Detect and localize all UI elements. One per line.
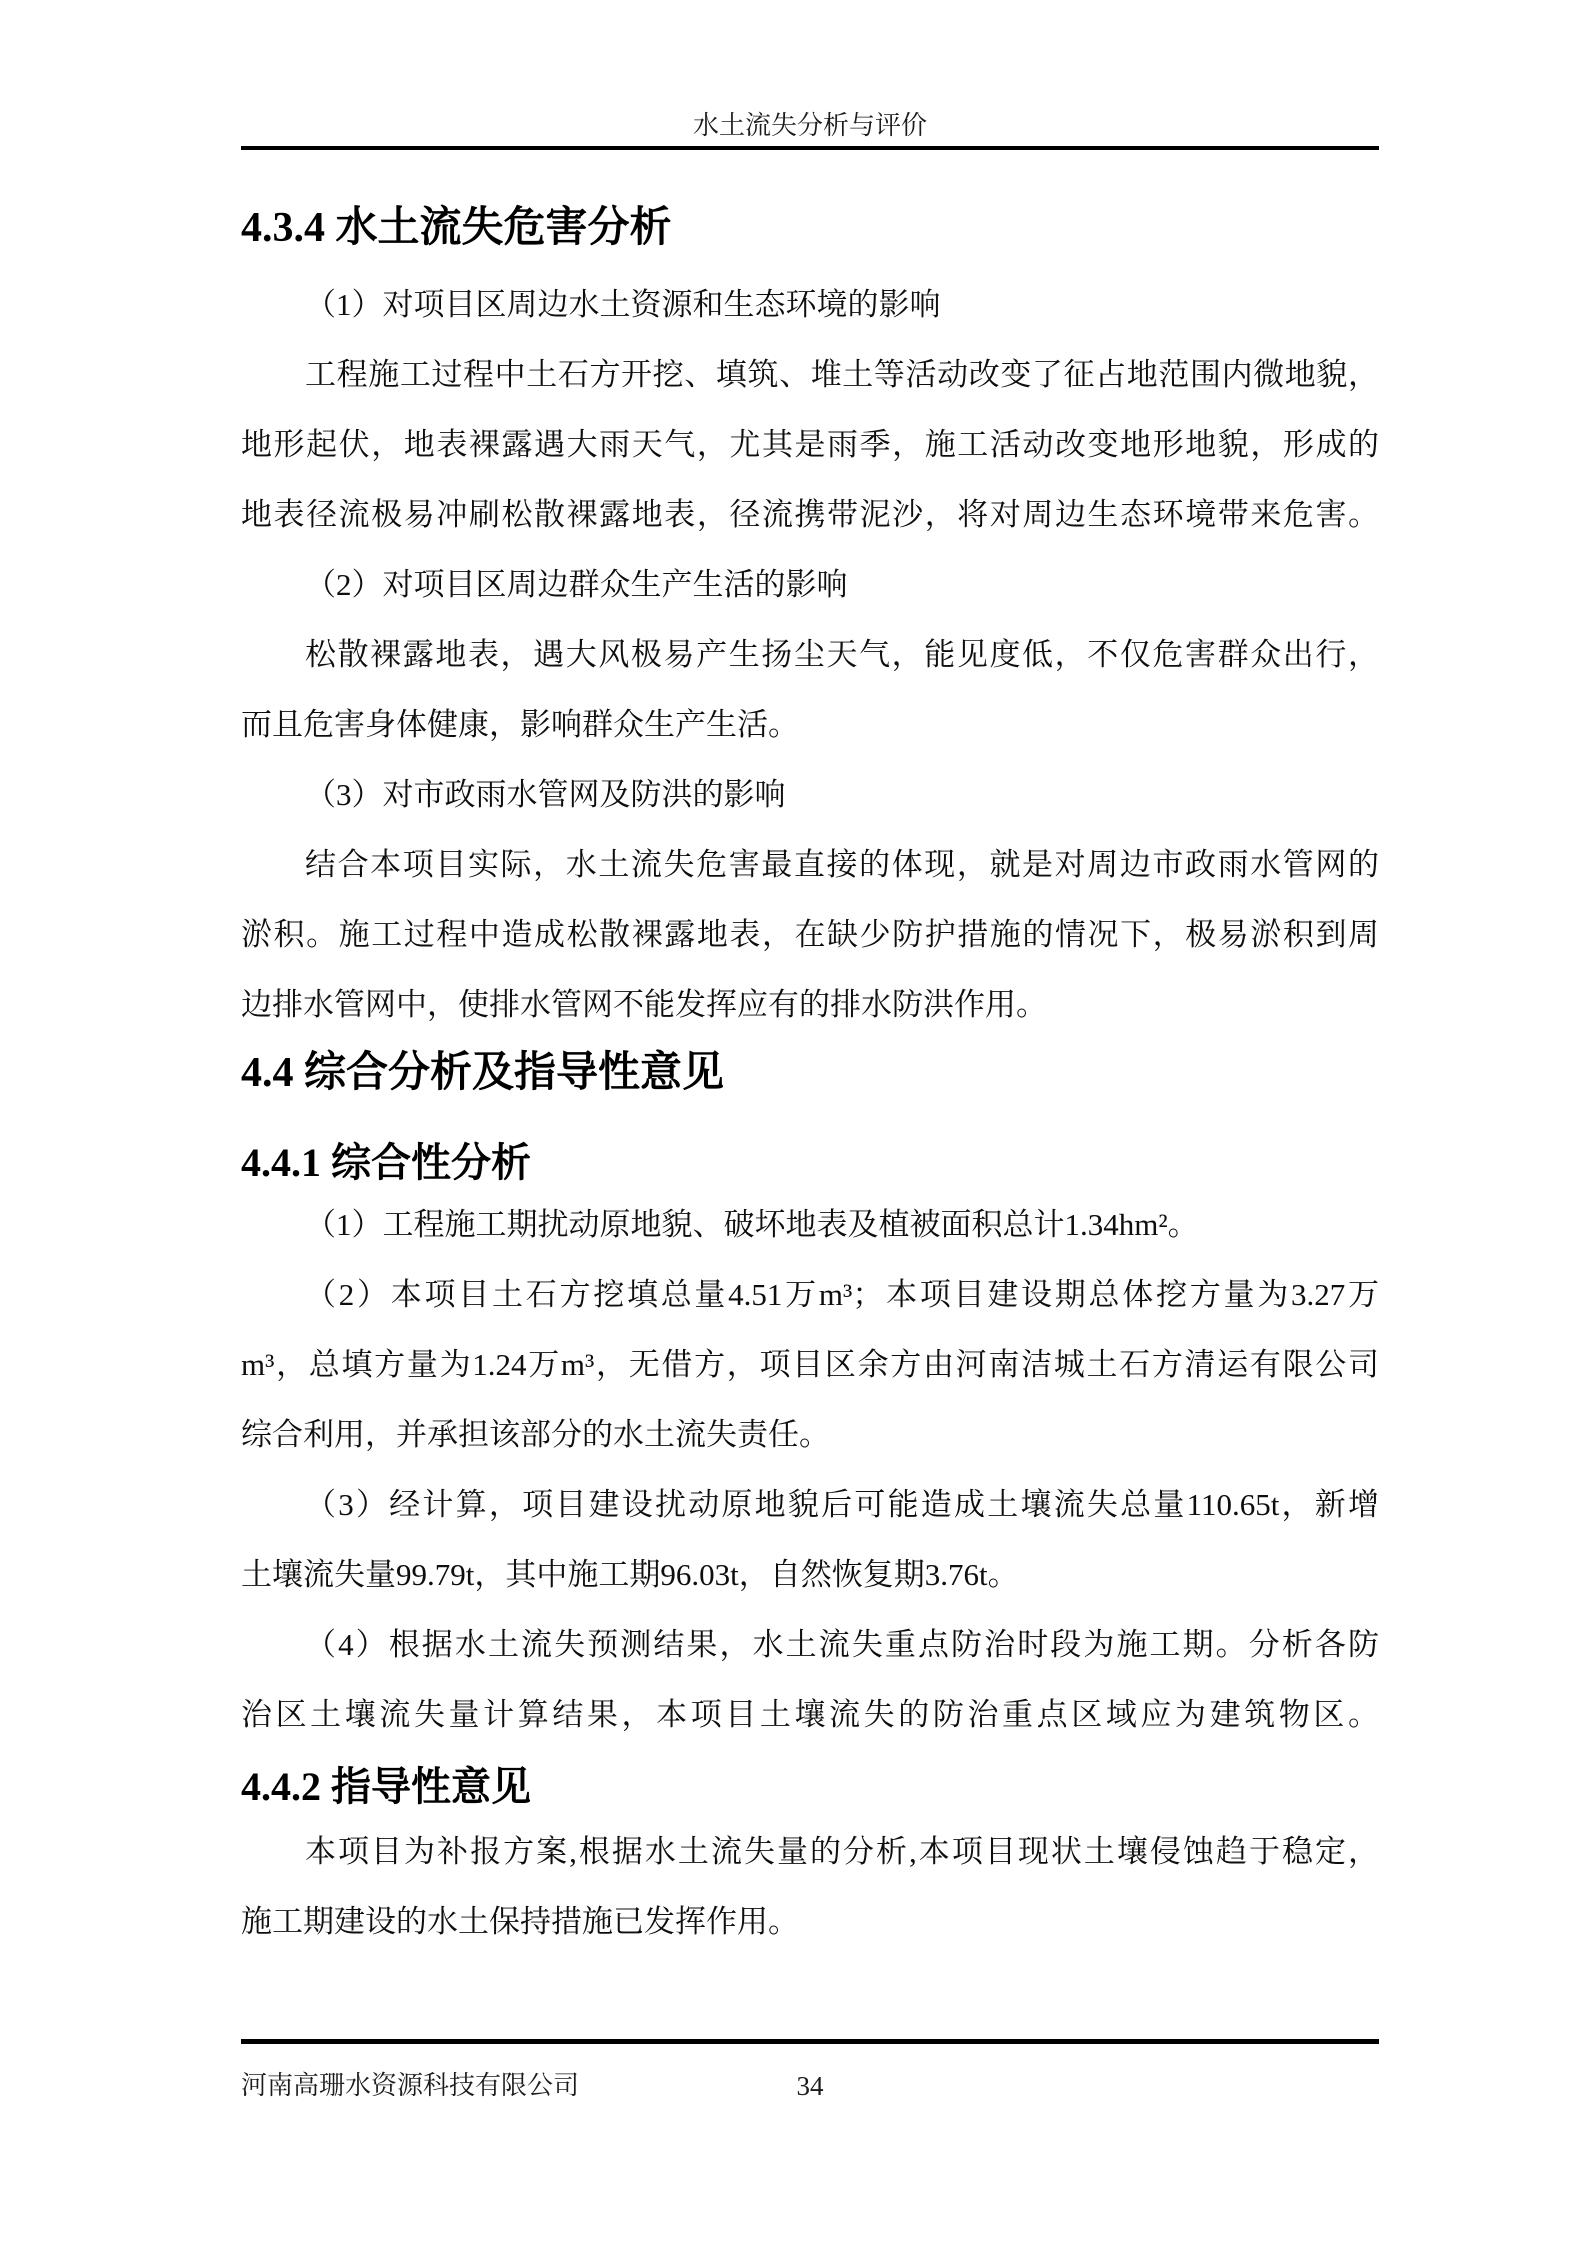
text-line: 结合本项目实际，水土流失危害最直接的体现，就是对周边市政雨水管网的 <box>241 830 1379 900</box>
text-line: （2）本项目土石方挖填总量4.51万m³；本项目建设期总体挖方量为3.27万 <box>241 1260 1379 1330</box>
text-line: 工程施工过程中土石方开挖、填筑、堆土等活动改变了征占地范围内微地貌， <box>241 340 1379 410</box>
text-line: 综合利用，并承担该部分的水土流失责任。 <box>241 1400 1379 1470</box>
content-column: 4.3.4 水土流失危害分析 （1）对项目区周边水土资源和生态环境的影响工程施工… <box>241 0 1379 2245</box>
footer-rule <box>241 2039 1379 2044</box>
document-page: 水土流失分析与评价 4.3.4 水土流失危害分析 （1）对项目区周边水土资源和生… <box>0 0 1587 2245</box>
text-line: m³，总填方量为1.24万m³，无借方，项目区余方由河南洁城土石方清运有限公司 <box>241 1330 1379 1400</box>
text-line: 松散裸露地表，遇大风极易产生扬尘天气，能见度低，不仅危害群众出行， <box>241 620 1379 690</box>
heading-4-3-4: 4.3.4 水土流失危害分析 <box>241 200 672 256</box>
text-line: 施工期建设的水土保持措施已发挥作用。 <box>241 1887 1379 1957</box>
text-line: （1）工程施工期扰动原地貌、破坏地表及植被面积总计1.34hm²。 <box>241 1190 1379 1260</box>
text-line: 地形起伏，地表裸露遇大雨天气，尤其是雨季，施工活动改变地形地貌，形成的 <box>241 410 1379 480</box>
heading-4-4-2: 4.4.2 指导性意见 <box>241 1761 531 1813</box>
section-4-4-2-body: 本项目为补报方案,根据水土流失量的分析,本项目现状土壤侵蚀趋于稳定，施工期建设的… <box>241 1817 1379 1957</box>
text-line: 淤积。施工过程中造成松散裸露地表，在缺少防护措施的情况下，极易淤积到周 <box>241 900 1379 970</box>
text-line: 地表径流极易冲刷松散裸露地表，径流携带泥沙，将对周边生态环境带来危害。 <box>241 480 1379 550</box>
text-line: （3）对市政雨水管网及防洪的影响 <box>241 760 1379 830</box>
section-4-4-1-body: （1）工程施工期扰动原地貌、破坏地表及植被面积总计1.34hm²。（2）本项目土… <box>241 1190 1379 1750</box>
text-line: （4）根据水土流失预测结果，水土流失重点防治时段为施工期。分析各防 <box>241 1610 1379 1680</box>
page-footer: 河南高珊水资源科技有限公司 34 <box>241 2066 1379 2106</box>
text-line: （2）对项目区周边群众生产生活的影响 <box>241 550 1379 620</box>
text-line: 土壤流失量99.79t，其中施工期96.03t，自然恢复期3.76t。 <box>241 1540 1379 1610</box>
text-line: 而且危害身体健康，影响群众生产生活。 <box>241 690 1379 760</box>
text-line: （1）对项目区周边水土资源和生态环境的影响 <box>241 270 1379 340</box>
text-line: 边排水管网中，使排水管网不能发挥应有的排水防洪作用。 <box>241 970 1379 1040</box>
heading-4-4-1: 4.4.1 综合性分析 <box>241 1137 531 1189</box>
page-number: 34 <box>241 2066 1379 2106</box>
text-line: 本项目为补报方案,根据水土流失量的分析,本项目现状土壤侵蚀趋于稳定， <box>241 1817 1379 1887</box>
section-4-3-4-body: （1）对项目区周边水土资源和生态环境的影响工程施工过程中土石方开挖、填筑、堆土等… <box>241 270 1379 1040</box>
text-line: （3）经计算，项目建设扰动原地貌后可能造成土壤流失总量110.65t，新增 <box>241 1470 1379 1540</box>
text-line: 治区土壤流失量计算结果，本项目土壤流失的防治重点区域应为建筑物区。 <box>241 1680 1379 1750</box>
heading-4-4: 4.4 综合分析及指导性意见 <box>241 1045 724 1101</box>
